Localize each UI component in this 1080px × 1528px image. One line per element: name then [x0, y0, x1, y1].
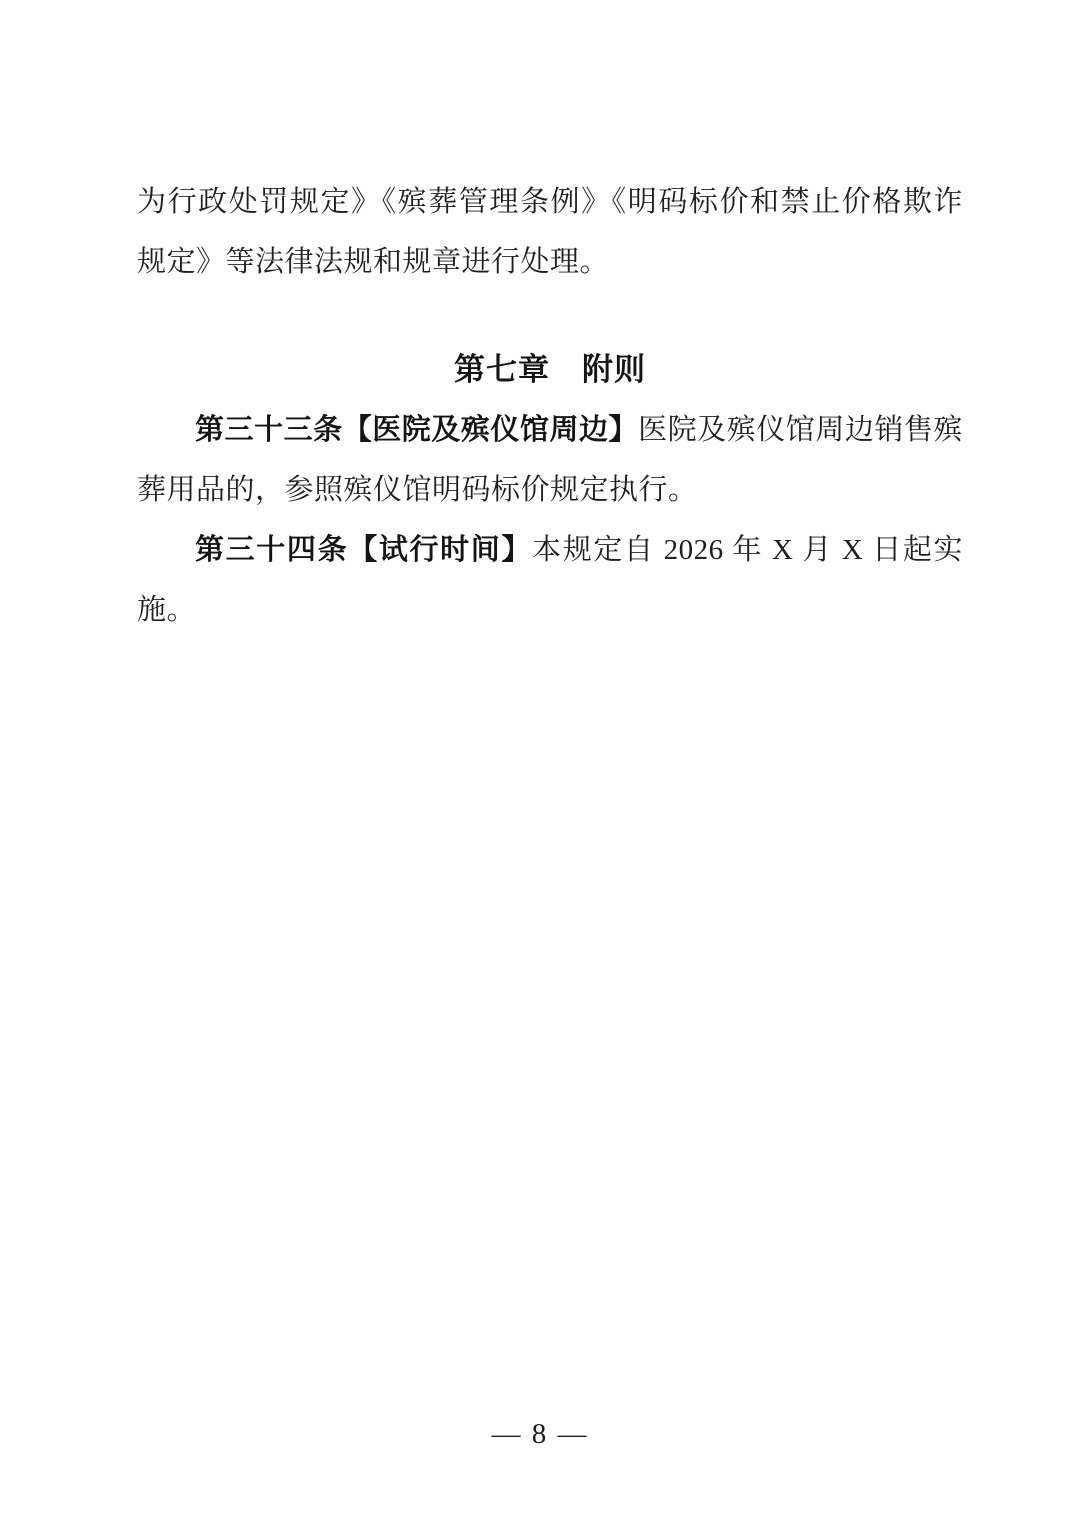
- article-34: 第三十四条【试行时间】本规定自 2026 年 X 月 X 日起实施。: [137, 520, 963, 640]
- article-34-title: 第三十四条【试行时间】: [195, 534, 532, 566]
- page-number: — 8 —: [0, 1412, 1080, 1456]
- article-33-title: 第三十三条【医院及殡仪馆周边】: [195, 414, 638, 446]
- chapter-heading: 第七章 附则: [137, 340, 963, 400]
- article-33: 第三十三条【医院及殡仪馆周边】医院及殡仪馆周边销售殡葬用品的，参照殡仪馆明码标价…: [137, 400, 963, 520]
- document-content: 为行政处罚规定》《殡葬管理条例》《明码标价和禁止价格欺诈规定》等法律法规和规章进…: [137, 172, 963, 640]
- document-page: 为行政处罚规定》《殡葬管理条例》《明码标价和禁止价格欺诈规定》等法律法规和规章进…: [0, 0, 1080, 1528]
- continuation-paragraph: 为行政处罚规定》《殡葬管理条例》《明码标价和禁止价格欺诈规定》等法律法规和规章进…: [137, 172, 963, 292]
